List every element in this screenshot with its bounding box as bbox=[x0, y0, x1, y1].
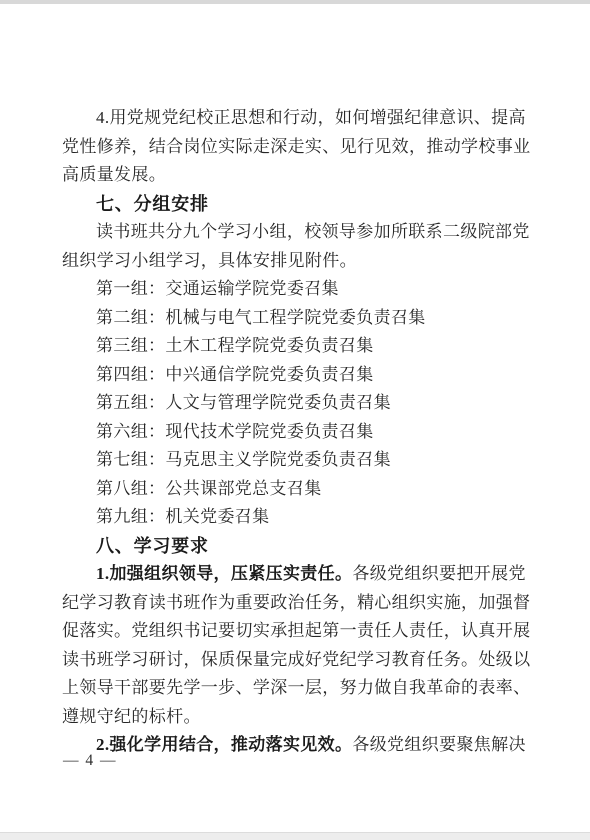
document-line: 促落实。党组织书记要切实承担起第一责任人责任，认真开展 bbox=[62, 617, 534, 646]
line-text: 第七组：马克思主义学院党委负责召集 bbox=[96, 450, 391, 469]
line-text: 第五组：人文与管理学院党委负责召集 bbox=[96, 393, 391, 412]
line-text: 各级党组织要聚焦解决 bbox=[352, 735, 526, 754]
line-text: 第一组：交通运输学院党委召集 bbox=[96, 279, 339, 298]
bold-lead-text: 八、学习要求 bbox=[96, 536, 209, 556]
section-heading: 八、学习要求 bbox=[62, 532, 534, 561]
document-line: 第七组：马克思主义学院党委负责召集 bbox=[62, 446, 534, 475]
line-text: 组织学习小组学习，具体安排见附件。 bbox=[62, 251, 357, 270]
document-line: 第九组：机关党委召集 bbox=[62, 503, 534, 532]
bold-lead-text: 1.加强组织领导，压紧压实责任。 bbox=[96, 564, 352, 583]
document-line: 第二组：机械与电气工程学院党委负责召集 bbox=[62, 304, 534, 333]
document-line: 遵规守纪的标杆。 bbox=[62, 703, 534, 732]
document-line: 读书班学习研讨，保质保量完成好党纪学习教育任务。处级以 bbox=[62, 646, 534, 675]
line-text: 第六组：现代技术学院党委负责召集 bbox=[96, 422, 374, 441]
line-text: 促落实。党组织书记要切实承担起第一责任人责任，认真开展 bbox=[62, 621, 530, 640]
line-text: 第九组：机关党委召集 bbox=[96, 507, 270, 526]
line-text: 纪学习教育读书班作为重要政治任务，精心组织实施，加强督 bbox=[62, 593, 530, 612]
line-text: 第二组：机械与电气工程学院党委负责召集 bbox=[96, 308, 426, 327]
line-text: 读书班共分九个学习小组，校领导参加所联系二级院部党 bbox=[96, 222, 530, 241]
document-line: 第六组：现代技术学院党委负责召集 bbox=[62, 418, 534, 447]
page-number: — 4 — bbox=[63, 752, 117, 770]
line-text: 第八组：公共课部党总支召集 bbox=[96, 479, 322, 498]
document-line: 读书班共分九个学习小组，校领导参加所联系二级院部党 bbox=[62, 218, 534, 247]
line-text: 党性修养，结合岗位实际走深走实、见行见效，推动学校事业 bbox=[62, 137, 530, 156]
document-line: 4.用党规党纪校正思想和行动，如何增强纪律意识、提高 bbox=[62, 104, 534, 133]
document-lines: 4.用党规党纪校正思想和行动，如何增强纪律意识、提高党性修养，结合岗位实际走深走… bbox=[62, 104, 534, 760]
document-line: 党性修养，结合岗位实际走深走实、见行见效，推动学校事业 bbox=[62, 133, 534, 162]
line-text: 高质量发展。 bbox=[62, 165, 166, 184]
document-line: 第一组：交通运输学院党委召集 bbox=[62, 275, 534, 304]
section-heading: 七、分组安排 bbox=[62, 190, 534, 219]
document-line: 第五组：人文与管理学院党委负责召集 bbox=[62, 389, 534, 418]
page-bottom-edge bbox=[0, 832, 590, 840]
line-text: 上领导干部要先学一步、学深一层，努力做自我革命的表率、 bbox=[62, 678, 530, 697]
document-line: 组织学习小组学习，具体安排见附件。 bbox=[62, 247, 534, 276]
line-text: 读书班学习研讨，保质保量完成好党纪学习教育任务。处级以 bbox=[62, 650, 530, 669]
document-line: 上领导干部要先学一步、学深一层，努力做自我革命的表率、 bbox=[62, 674, 534, 703]
line-text: 遵规守纪的标杆。 bbox=[62, 707, 201, 726]
document-page: 4.用党规党纪校正思想和行动，如何增强纪律意识、提高党性修养，结合岗位实际走深走… bbox=[0, 0, 590, 840]
line-text: 4.用党规党纪校正思想和行动，如何增强纪律意识、提高 bbox=[96, 108, 526, 127]
document-line: 高质量发展。 bbox=[62, 161, 534, 190]
line-text: 第三组：土木工程学院党委负责召集 bbox=[96, 336, 374, 355]
document-line: 1.加强组织领导，压紧压实责任。各级党组织要把开展党 bbox=[62, 560, 534, 589]
bold-lead-text: 2.强化学用结合，推动落实见效。 bbox=[96, 735, 352, 754]
line-text: 第四组：中兴通信学院党委负责召集 bbox=[96, 365, 374, 384]
document-line: 2.强化学用结合，推动落实见效。各级党组织要聚焦解决 bbox=[62, 731, 534, 760]
page-top-edge bbox=[0, 0, 590, 4]
line-text: 各级党组织要把开展党 bbox=[352, 564, 526, 583]
bold-lead-text: 七、分组安排 bbox=[96, 194, 209, 214]
document-line: 第四组：中兴通信学院党委负责召集 bbox=[62, 361, 534, 390]
document-line: 第三组：土木工程学院党委负责召集 bbox=[62, 332, 534, 361]
document-line: 纪学习教育读书班作为重要政治任务，精心组织实施，加强督 bbox=[62, 589, 534, 618]
document-line: 第八组：公共课部党总支召集 bbox=[62, 475, 534, 504]
